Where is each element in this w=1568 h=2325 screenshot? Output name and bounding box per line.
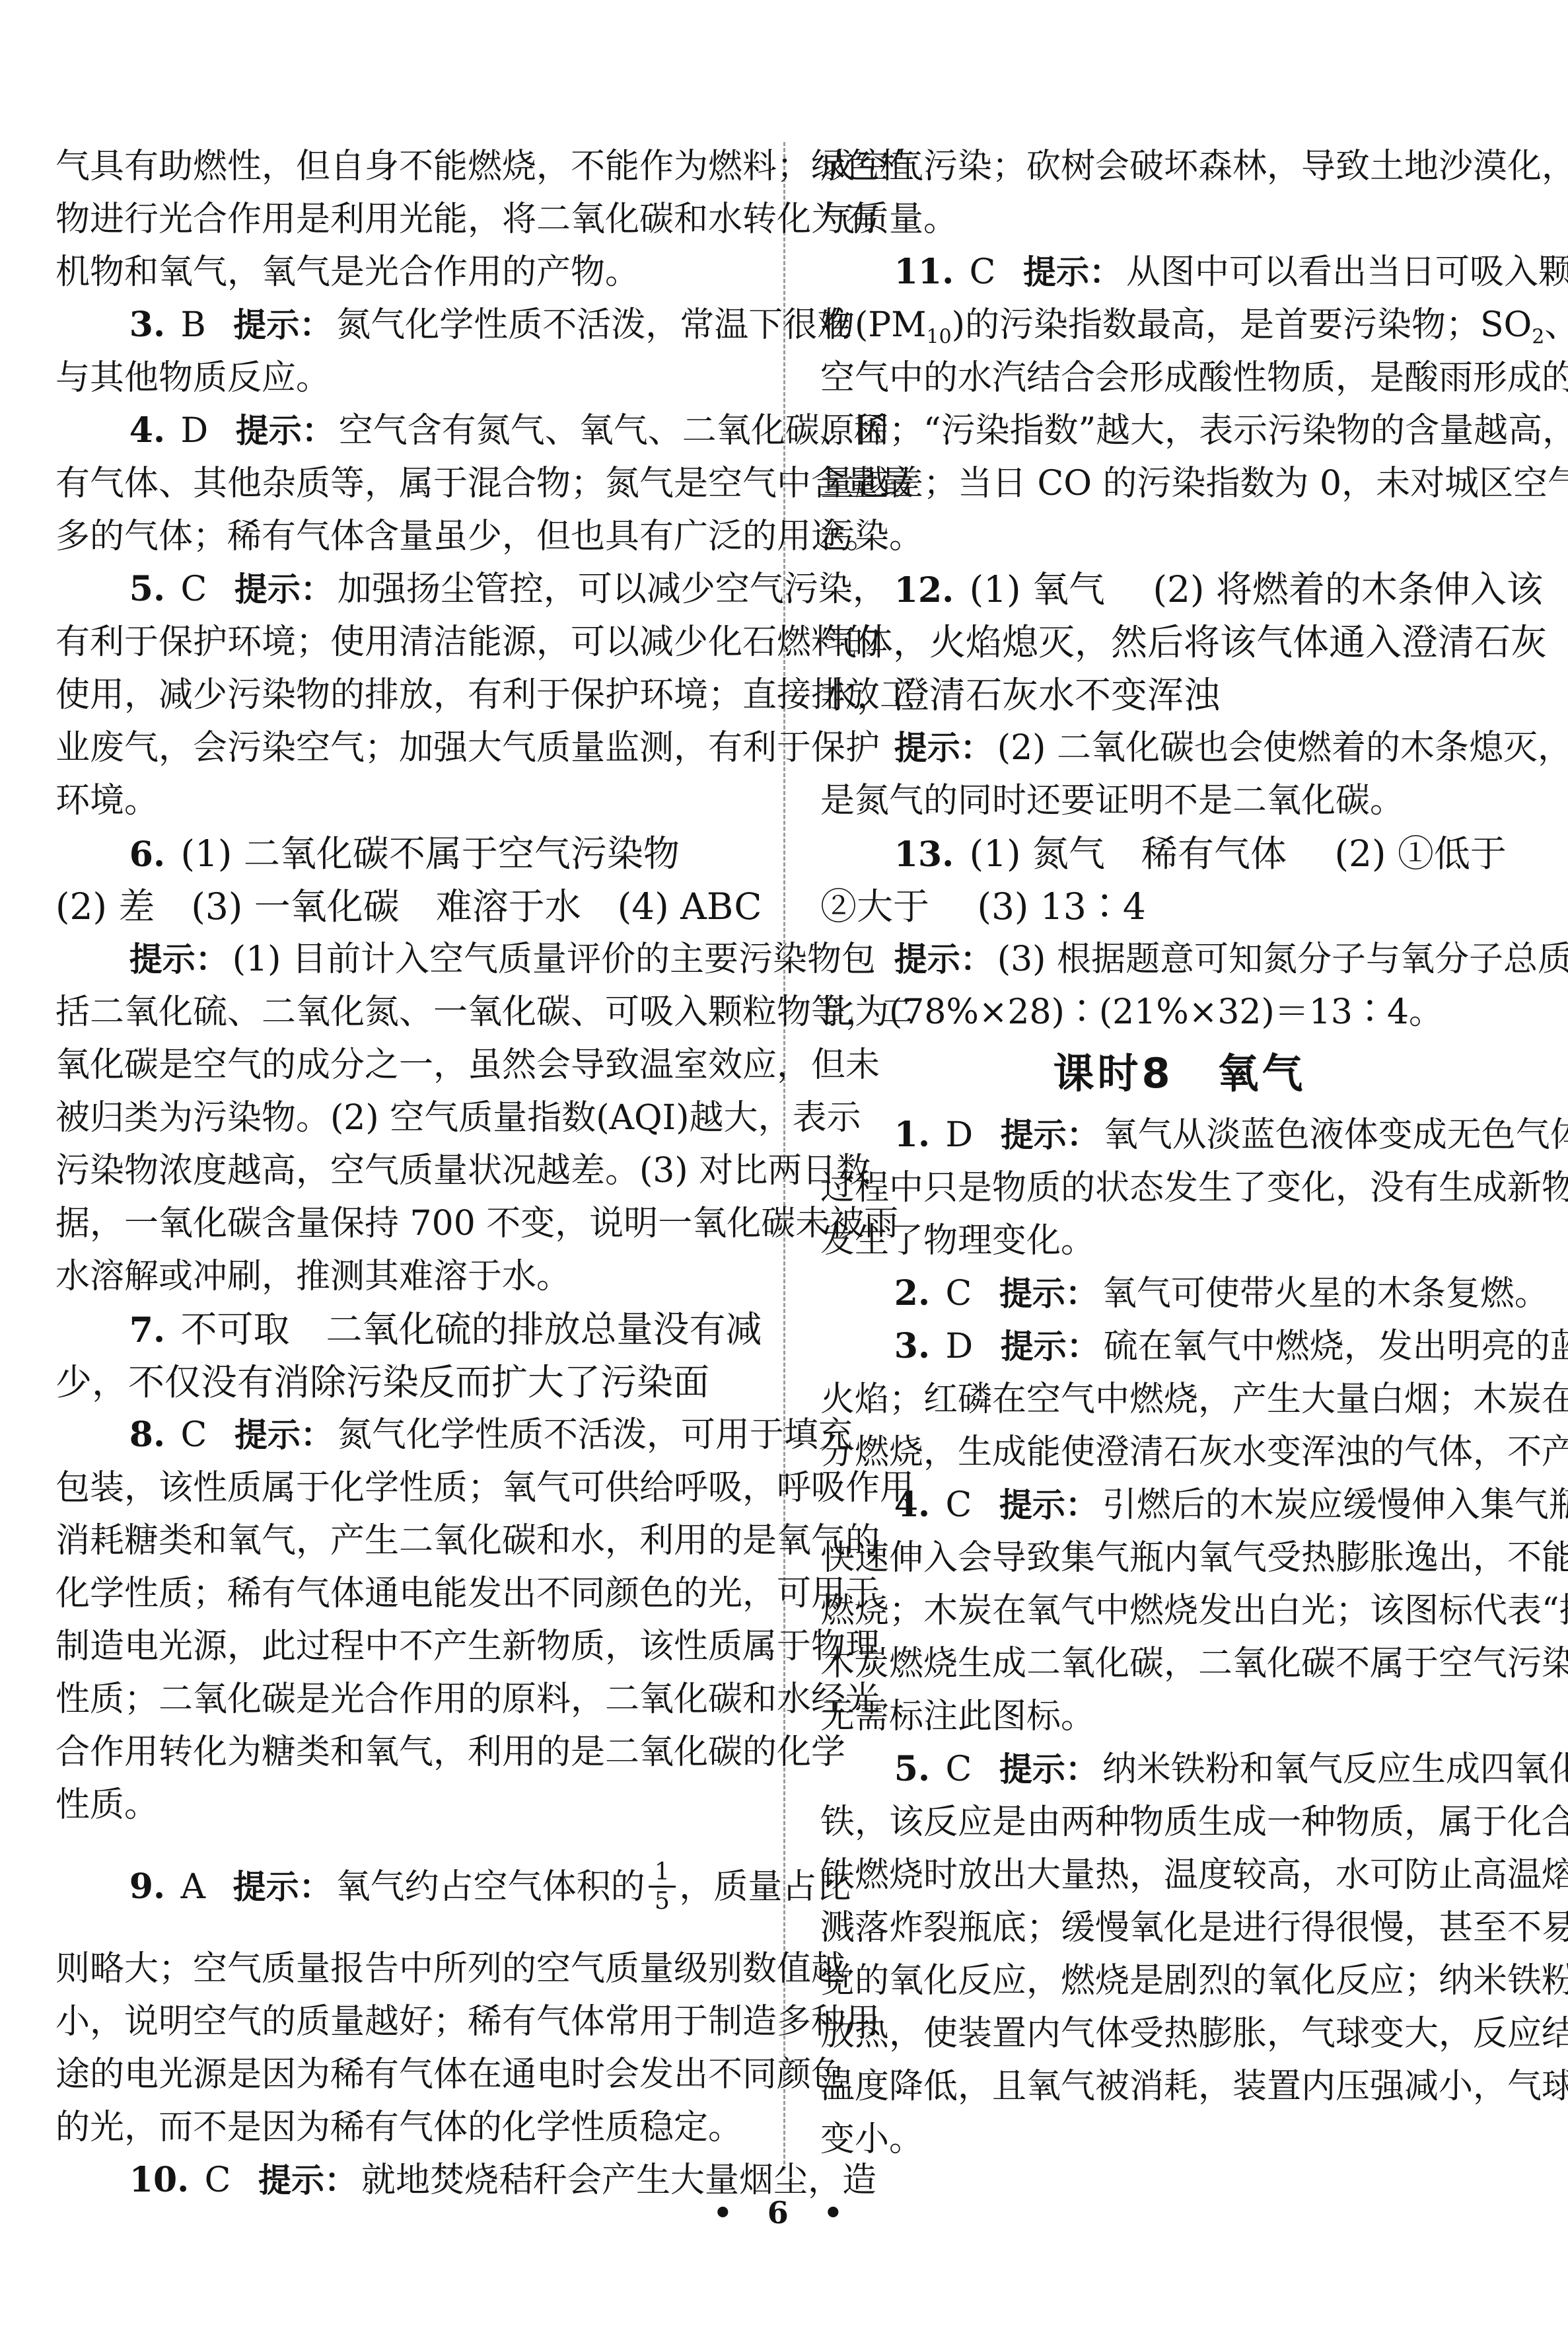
body-text: 温度降低，且氧气被消耗，装置内压强减小，气球又 (820, 2067, 1568, 2106)
text-line: 化学性质；稀有气体通电能发出不同颜色的光，可用于 (55, 1567, 774, 1620)
text-line: 火焰；红磷在空气中燃烧，产生大量白烟；木炭在空气中充 (820, 1373, 1539, 1426)
answer-letter: D (180, 411, 208, 451)
fraction-denominator: 5 (649, 1886, 676, 1915)
text-line: 4.C提示：引燃后的木炭应缓慢伸入集气瓶， (820, 1479, 1539, 1532)
answer-letter: D (945, 1327, 973, 1366)
body-text: 氧气约占空气体积的 (336, 1867, 645, 1907)
answer-letter: C (180, 570, 207, 609)
body-text: 比为(78%×28)∶(21%×32)＝13∶4。 (820, 992, 1443, 1032)
text-line: 原因；“污染指数”越大，表示污染物的含量越高，空气质 (820, 404, 1539, 457)
body-text: (1) 目前计入空气质量评价的主要污染物包 (232, 940, 876, 979)
body-text: 消耗糖类和氧气，产生二氧化碳和水，利用的是氧气的 (55, 1521, 880, 1561)
body-text: 就地焚烧秸秆会产生大量烟尘，造 (361, 2160, 876, 2200)
body-text: 氮气化学性质不活泼，可用于填充 (338, 1415, 853, 1455)
text-line: 多的气体；稀有气体含量虽少，但也具有广泛的用途。 (55, 510, 774, 563)
body-text: 空气中的水汽结合会形成酸性物质，是酸雨形成的主要 (820, 358, 1568, 398)
body-text: 放热，使装置内气体受热膨胀，气球变大，反应结束后， (820, 2014, 1568, 2053)
body-text: 铁，该反应是由两种物质生成一种物质，属于化合反应； (820, 1802, 1568, 1842)
text-line: 5.C提示：纳米铁粉和氧气反应生成四氧化三 (820, 1743, 1539, 1796)
answer-text: (1) 二氧化碳不属于空气污染物 (180, 832, 679, 875)
body-text: 火焰；红磷在空气中燃烧，产生大量白烟；木炭在空气中充 (820, 1380, 1568, 1419)
body-text: 物进行光合作用是利用光能，将二氧化碳和水转化为有 (55, 200, 880, 239)
body-text: 从图中可以看出当日可吸入颗粒 (1126, 252, 1568, 292)
fraction-numerator: 1 (649, 1859, 676, 1886)
answer-letter: D (945, 1115, 973, 1155)
body-text: 硫在氧气中燃烧，发出明亮的蓝紫色 (1104, 1327, 1568, 1366)
answer-page: 气具有助燃性，但自身不能燃烧，不能作为燃料；绿色植物进行光合作用是利用光能，将二… (0, 0, 1568, 2325)
body-text: 性质。 (55, 1785, 159, 1825)
text-line: 气质量。 (820, 193, 1539, 246)
text-line: 空气中的水汽结合会形成酸性物质，是酸雨形成的主要 (820, 351, 1539, 404)
answer-letter: C (970, 252, 996, 292)
answer-text: (1) 氧气 (2) 将燃着的木条伸入该 (970, 568, 1543, 610)
hint-label: 提示： (894, 729, 993, 767)
item-number: 1. (894, 1115, 930, 1155)
text-line: 提示：(3) 根据题意可知氮分子与氧分子总质量之 (820, 933, 1539, 986)
hint-label: 提示： (1001, 1116, 1100, 1154)
text-line: 的光，而不是因为稀有气体的化学性质稳定。 (55, 2101, 774, 2154)
text-line: 性质。 (55, 1779, 774, 1831)
text-line: 快速伸入会导致集气瓶内氧气受热膨胀逸出，不能充分 (820, 1532, 1539, 1584)
body-text: 性质；二氧化碳是光合作用的原料，二氧化碳和水经光 (55, 1679, 880, 1719)
text-line: 9.A提示：氧气约占空气体积的15，质量占比 (55, 1831, 774, 1942)
text-line: 气体，火焰熄灭，然后将该气体通入澄清石灰 (820, 616, 1539, 669)
text-line: 比为(78%×28)∶(21%×32)＝13∶4。 (820, 986, 1539, 1039)
text-line: 括二氧化硫、二氧化氮、一氧化碳、可吸入颗粒物等，二 (55, 986, 774, 1039)
item-number: 5. (894, 1749, 930, 1789)
item-number: 3. (894, 1326, 930, 1366)
item-number: 4. (894, 1485, 930, 1525)
text-line: (2) 差 (3) 一氧化碳 难溶于水 (4) ABC (55, 880, 774, 933)
section-heading: 课时8 氧气 (820, 1039, 1539, 1109)
text-line: 有利于保护环境；使用清洁能源，可以减少化石燃料的 (55, 616, 774, 669)
text-line: 5.C提示：加强扬尘管控，可以减少空气污染， (55, 563, 774, 616)
text-line: 机物和氧气，氧气是光合作用的产物。 (55, 246, 774, 299)
text-line: 3.D提示：硫在氧气中燃烧，发出明亮的蓝紫色 (820, 1320, 1539, 1373)
body-text: 小，说明空气的质量越好；稀有气体常用于制造多种用 (55, 2002, 880, 2042)
text-line: 水溶解或冲刷，推测其难溶于水。 (55, 1250, 774, 1303)
text-line: 提示：(1) 目前计入空气质量评价的主要污染物包 (55, 933, 774, 986)
body-text: 快速伸入会导致集气瓶内氧气受热膨胀逸出，不能充分 (820, 1538, 1568, 1578)
text-line: 是氮气的同时还要证明不是二氧化碳。 (820, 774, 1539, 827)
text-line: 4.D提示：空气含有氮气、氧气、二氧化碳、稀 (55, 404, 774, 457)
text-line: 使用，减少污染物的排放，有利于保护环境；直接排放工 (55, 669, 774, 721)
hint-label: 提示： (894, 940, 993, 978)
body-text: 有利于保护环境；使用清洁能源，可以减少化石燃料的 (55, 622, 880, 662)
body-text: 木炭燃烧生成二氧化碳，二氧化碳不属于空气污染物， (820, 1644, 1568, 1683)
body-text: 与其他物质反应。 (55, 358, 330, 398)
body-text: 化学性质；稀有气体通电能发出不同颜色的光，可用于 (55, 1574, 880, 1613)
hint-label: 提示： (234, 1416, 334, 1454)
text-line: 物进行光合作用是利用光能，将二氧化碳和水转化为有 (55, 193, 774, 246)
item-number: 5. (129, 569, 165, 609)
text-line: 觉的氧化反应，燃烧是剧烈的氧化反应；纳米铁粉燃烧 (820, 1954, 1539, 2007)
hint-label: 提示： (233, 1868, 332, 1906)
body-text: 空气含有氮气、氧气、二氧化碳、稀 (339, 411, 888, 451)
answer-letter: C (205, 2160, 231, 2200)
body-text: 合作用转化为糖类和氧气，利用的是二氧化碳的化学 (55, 1732, 845, 1772)
body-text: 分燃烧，生成能使澄清石灰水变浑浊的气体，不产生固体。 (820, 1432, 1568, 1472)
body-text: 无需标注此图标。 (820, 1697, 1095, 1736)
text-line: 发生了物理变化。 (820, 1214, 1539, 1267)
body-text: 引燃后的木炭应缓慢伸入集气瓶， (1102, 1485, 1568, 1525)
body-text: 多的气体；稀有气体含量虽少，但也具有广泛的用途。 (55, 517, 880, 556)
body-text: 是氮气的同时还要证明不是二氧化碳。 (820, 781, 1404, 821)
body-text: 氧气从淡蓝色液体变成无色气体的 (1104, 1115, 1568, 1155)
text-line: 木炭燃烧生成二氧化碳，二氧化碳不属于空气污染物， (820, 1637, 1539, 1690)
item-number: 10. (129, 2160, 189, 2200)
text-line: 业废气，会污染空气；加强大气质量监测，有利于保护 (55, 721, 774, 774)
body-text: 氧气可使带火星的木条复燃。 (1102, 1274, 1549, 1313)
hint-label: 提示： (1001, 1327, 1100, 1366)
body-text: 变小。 (820, 2120, 923, 2159)
text-line: 环境。 (55, 774, 774, 827)
body-text: 量越差；当日 CO 的污染指数为 0，未对城区空气造成 (820, 464, 1568, 503)
text-line: 6.(1) 二氧化碳不属于空气污染物 (55, 827, 774, 880)
text-line: 据，一氧化碳含量保持 700 不变，说明一氧化碳未被雨 (55, 1197, 774, 1250)
hint-label: 提示： (234, 570, 334, 609)
body-text: 被归类为污染物。(2) 空气质量指数(AQI)越大，表示 (55, 1098, 861, 1138)
page-number: • 6 • (0, 2195, 1568, 2231)
hint-label: 提示： (236, 412, 335, 450)
body-text: 气质量。 (820, 200, 958, 239)
text-line: 量越差；当日 CO 的污染指数为 0，未对城区空气造成 (820, 457, 1539, 510)
body-text: 成空气污染；砍树会破坏森林，导致土地沙漠化，破坏空 (820, 147, 1568, 186)
item-number: 6. (129, 834, 165, 875)
body-text: 铁燃烧时放出大量热，温度较高，水可防止高温熔融物 (820, 1855, 1568, 1895)
text-line: 性质；二氧化碳是光合作用的原料，二氧化碳和水经光 (55, 1673, 774, 1726)
answer-letter: C (180, 1415, 207, 1455)
answer-text: (1) 氮气 稀有气体 (2) ①低于 (970, 832, 1507, 875)
item-number: 11. (894, 252, 954, 292)
item-number: 3. (129, 305, 165, 345)
body-text: 课时8 氧气 (1053, 1049, 1306, 1097)
text-line: 成空气污染；砍树会破坏森林，导致土地沙漠化，破坏空 (820, 140, 1539, 193)
text-line: 3.B提示：氮气化学性质不活泼，常温下很难 (55, 299, 774, 351)
body-text: 环境。 (55, 781, 159, 821)
body-text: 气具有助燃性，但自身不能燃烧，不能作为燃料；绿色植 (55, 147, 914, 186)
answer-text: 少，不仅没有消除污染反而扩大了污染面 (55, 1361, 709, 1403)
text-line: 放热，使装置内气体受热膨胀，气球变大，反应结束后， (820, 2007, 1539, 2060)
answer-text: 水，澄清石灰水不变浑浊 (820, 674, 1220, 716)
text-line: 铁，该反应是由两种物质生成一种物质，属于化合反应； (820, 1796, 1539, 1849)
subscript: 10 (927, 326, 952, 349)
answer-text: ②大于 (3) 13∶4 (820, 885, 1146, 928)
body-text: (3) 根据题意可知氮分子与氧分子总质量之 (997, 940, 1568, 979)
hint-label: 提示： (999, 1274, 1098, 1313)
body-text: 氧化碳是空气的成分之一，虽然会导致温室效应，但未 (55, 1045, 880, 1085)
answer-text: 不可取 二氧化硫的排放总量没有减 (180, 1308, 762, 1350)
text-line: 消耗糖类和氧气，产生二氧化碳和水，利用的是氧气的 (55, 1514, 774, 1567)
text-line: 少，不仅没有消除污染反而扩大了污染面 (55, 1356, 774, 1409)
body-text: 觉的氧化反应，燃烧是剧烈的氧化反应；纳米铁粉燃烧 (820, 1961, 1568, 2001)
body-text: 燃烧；木炭在氧气中燃烧发出白光；该图标代表“排风”， (820, 1591, 1568, 1631)
text-line: 污染。 (820, 510, 1539, 563)
left-column: 气具有助燃性，但自身不能燃烧，不能作为燃料；绿色植物进行光合作用是利用光能，将二… (55, 140, 774, 2207)
item-number: 4. (129, 410, 165, 451)
item-number: 12. (894, 570, 954, 610)
body-text: 括二氧化硫、二氧化氮、一氧化碳、可吸入颗粒物等，二 (55, 992, 914, 1032)
hint-label: 提示： (999, 1486, 1098, 1524)
text-line: 温度降低，且氧气被消耗，装置内压强减小，气球又 (820, 2060, 1539, 2113)
body-text: 机物和氧气，氧气是光合作用的产物。 (55, 252, 639, 292)
hint-label: 提示： (1023, 253, 1122, 291)
body-text: 纳米铁粉和氧气反应生成四氧化三 (1102, 1750, 1568, 1789)
text-line: 11.C提示：从图中可以看出当日可吸入颗粒 (820, 246, 1539, 299)
text-line: ②大于 (3) 13∶4 (820, 880, 1539, 933)
text-line: 2.C提示：氧气可使带火星的木条复燃。 (820, 1267, 1539, 1320)
body-text: 溅落炸裂瓶底；缓慢氧化是进行得很慢，甚至不易被察 (820, 1908, 1568, 1948)
text-line: 包装，该性质属于化学性质；氧气可供给呼吸，呼吸作用 (55, 1461, 774, 1514)
text-line: 8.C提示：氮气化学性质不活泼，可用于填充 (55, 1409, 774, 1461)
answer-letter: C (945, 1485, 972, 1525)
body-text: 污染物浓度越高，空气质量状况越差。(3) 对比两日数 (55, 1151, 871, 1191)
answer-text: (2) 差 (3) 一氧化碳 难溶于水 (4) ABC (55, 885, 762, 928)
text-line: 分燃烧，生成能使澄清石灰水变浑浊的气体，不产生固体。 (820, 1426, 1539, 1479)
text-line: 1.D提示：氧气从淡蓝色液体变成无色气体的 (820, 1109, 1539, 1162)
text-line: 气具有助燃性，但自身不能燃烧，不能作为燃料；绿色植 (55, 140, 774, 193)
body-text: (2) 二氧化碳也会使燃着的木条熄灭，证明 (997, 728, 1568, 768)
body-text: 据，一氧化碳含量保持 700 不变，说明一氧化碳未被雨 (55, 1204, 898, 1243)
subscript: 2 (1532, 326, 1544, 349)
text-line: 铁燃烧时放出大量热，温度较高，水可防止高温熔融物 (820, 1849, 1539, 1901)
body-text: 则略大；空气质量报告中所列的空气质量级别数值越 (55, 1949, 845, 1989)
answer-letter: C (945, 1274, 972, 1313)
body-text: 加强扬尘管控，可以减少空气污染， (338, 570, 887, 609)
answer-letter: B (180, 305, 205, 345)
item-number: 7. (129, 1310, 165, 1350)
body-text: 使用，减少污染物的排放，有利于保护环境；直接排放工 (55, 675, 914, 715)
text-line: 提示：(2) 二氧化碳也会使燃着的木条熄灭，证明 (820, 721, 1539, 774)
hint-label: 提示： (129, 940, 229, 978)
body-text: 有气体、其他杂质等，属于混合物；氮气是空气中含量最 (55, 464, 914, 503)
body-text: 水溶解或冲刷，推测其难溶于水。 (55, 1257, 571, 1296)
text-line: 则略大；空气质量报告中所列的空气质量级别数值越 (55, 1942, 774, 1995)
text-line: 溅落炸裂瓶底；缓慢氧化是进行得很慢，甚至不易被察 (820, 1901, 1539, 1954)
text-line: 污染物浓度越高，空气质量状况越差。(3) 对比两日数 (55, 1144, 774, 1197)
body-text: 污染。 (820, 517, 923, 556)
item-number: 13. (894, 834, 954, 875)
hint-label: 提示： (258, 2161, 357, 2199)
text-line: 无需标注此图标。 (820, 1690, 1539, 1743)
text-line: 小，说明空气的质量越好；稀有气体常用于制造多种用 (55, 1995, 774, 2048)
answer-letter: A (180, 1867, 205, 1907)
body-text: 途的电光源是因为稀有气体在通电时会发出不同颜色 (55, 2055, 845, 2094)
body-text: 发生了物理变化。 (820, 1221, 1095, 1261)
text-line: 与其他物质反应。 (55, 351, 774, 404)
text-line: 过程中只是物质的状态发生了变化，没有生成新物质， (820, 1162, 1539, 1214)
text-line: 水，澄清石灰水不变浑浊 (820, 669, 1539, 721)
text-line: 12.(1) 氧气 (2) 将燃着的木条伸入该 (820, 563, 1539, 616)
fraction: 15 (649, 1859, 676, 1915)
text-line: 被归类为污染物。(2) 空气质量指数(AQI)越大，表示 (55, 1091, 774, 1144)
body-text: )的污染指数最高，是首要污染物；SO (952, 305, 1532, 345)
answer-letter: C (945, 1750, 972, 1789)
item-number: 2. (894, 1273, 930, 1313)
hint-label: 提示： (233, 306, 332, 344)
body-text: 、NO (1544, 305, 1568, 345)
text-line: 燃烧；木炭在氧气中燃烧发出白光；该图标代表“排风”， (820, 1584, 1539, 1637)
item-number: 9. (129, 1866, 165, 1907)
right-column: 成空气污染；砍树会破坏森林，导致土地沙漠化，破坏空气质量。11.C提示：从图中可… (820, 140, 1539, 2166)
text-line: 变小。 (820, 2113, 1539, 2166)
text-line: 有气体、其他杂质等，属于混合物；氮气是空气中含量最 (55, 457, 774, 510)
body-text: 业废气，会污染空气；加强大气质量监测，有利于保护 (55, 728, 880, 768)
text-line: 物(PM10)的污染指数最高，是首要污染物；SO2、NO2 与 (820, 299, 1539, 351)
hint-label: 提示： (999, 1750, 1098, 1789)
text-line: 氧化碳是空气的成分之一，虽然会导致温室效应，但未 (55, 1039, 774, 1091)
body-text: 氮气化学性质不活泼，常温下很难 (336, 305, 851, 345)
text-line: 途的电光源是因为稀有气体在通电时会发出不同颜色 (55, 2048, 774, 2101)
text-line: 合作用转化为糖类和氧气，利用的是二氧化碳的化学 (55, 1726, 774, 1779)
body-text: 物(PM (820, 305, 927, 345)
body-text: 的光，而不是因为稀有气体的化学性质稳定。 (55, 2108, 742, 2147)
text-line: 7.不可取 二氧化硫的排放总量没有减 (55, 1303, 774, 1356)
body-text: 制造电光源，此过程中不产生新物质，该性质属于物理 (55, 1627, 880, 1666)
item-number: 8. (129, 1415, 165, 1455)
body-text: 原因；“污染指数”越大，表示污染物的含量越高，空气质 (820, 411, 1568, 451)
answer-text: 气体，火焰熄灭，然后将该气体通入澄清石灰 (820, 621, 1547, 663)
text-line: 13.(1) 氮气 稀有气体 (2) ①低于 (820, 827, 1539, 880)
text-line: 制造电光源，此过程中不产生新物质，该性质属于物理 (55, 1620, 774, 1673)
body-text: 过程中只是物质的状态发生了变化，没有生成新物质， (820, 1168, 1568, 1208)
body-text: 包装，该性质属于化学性质；氧气可供给呼吸，呼吸作用 (55, 1468, 914, 1508)
